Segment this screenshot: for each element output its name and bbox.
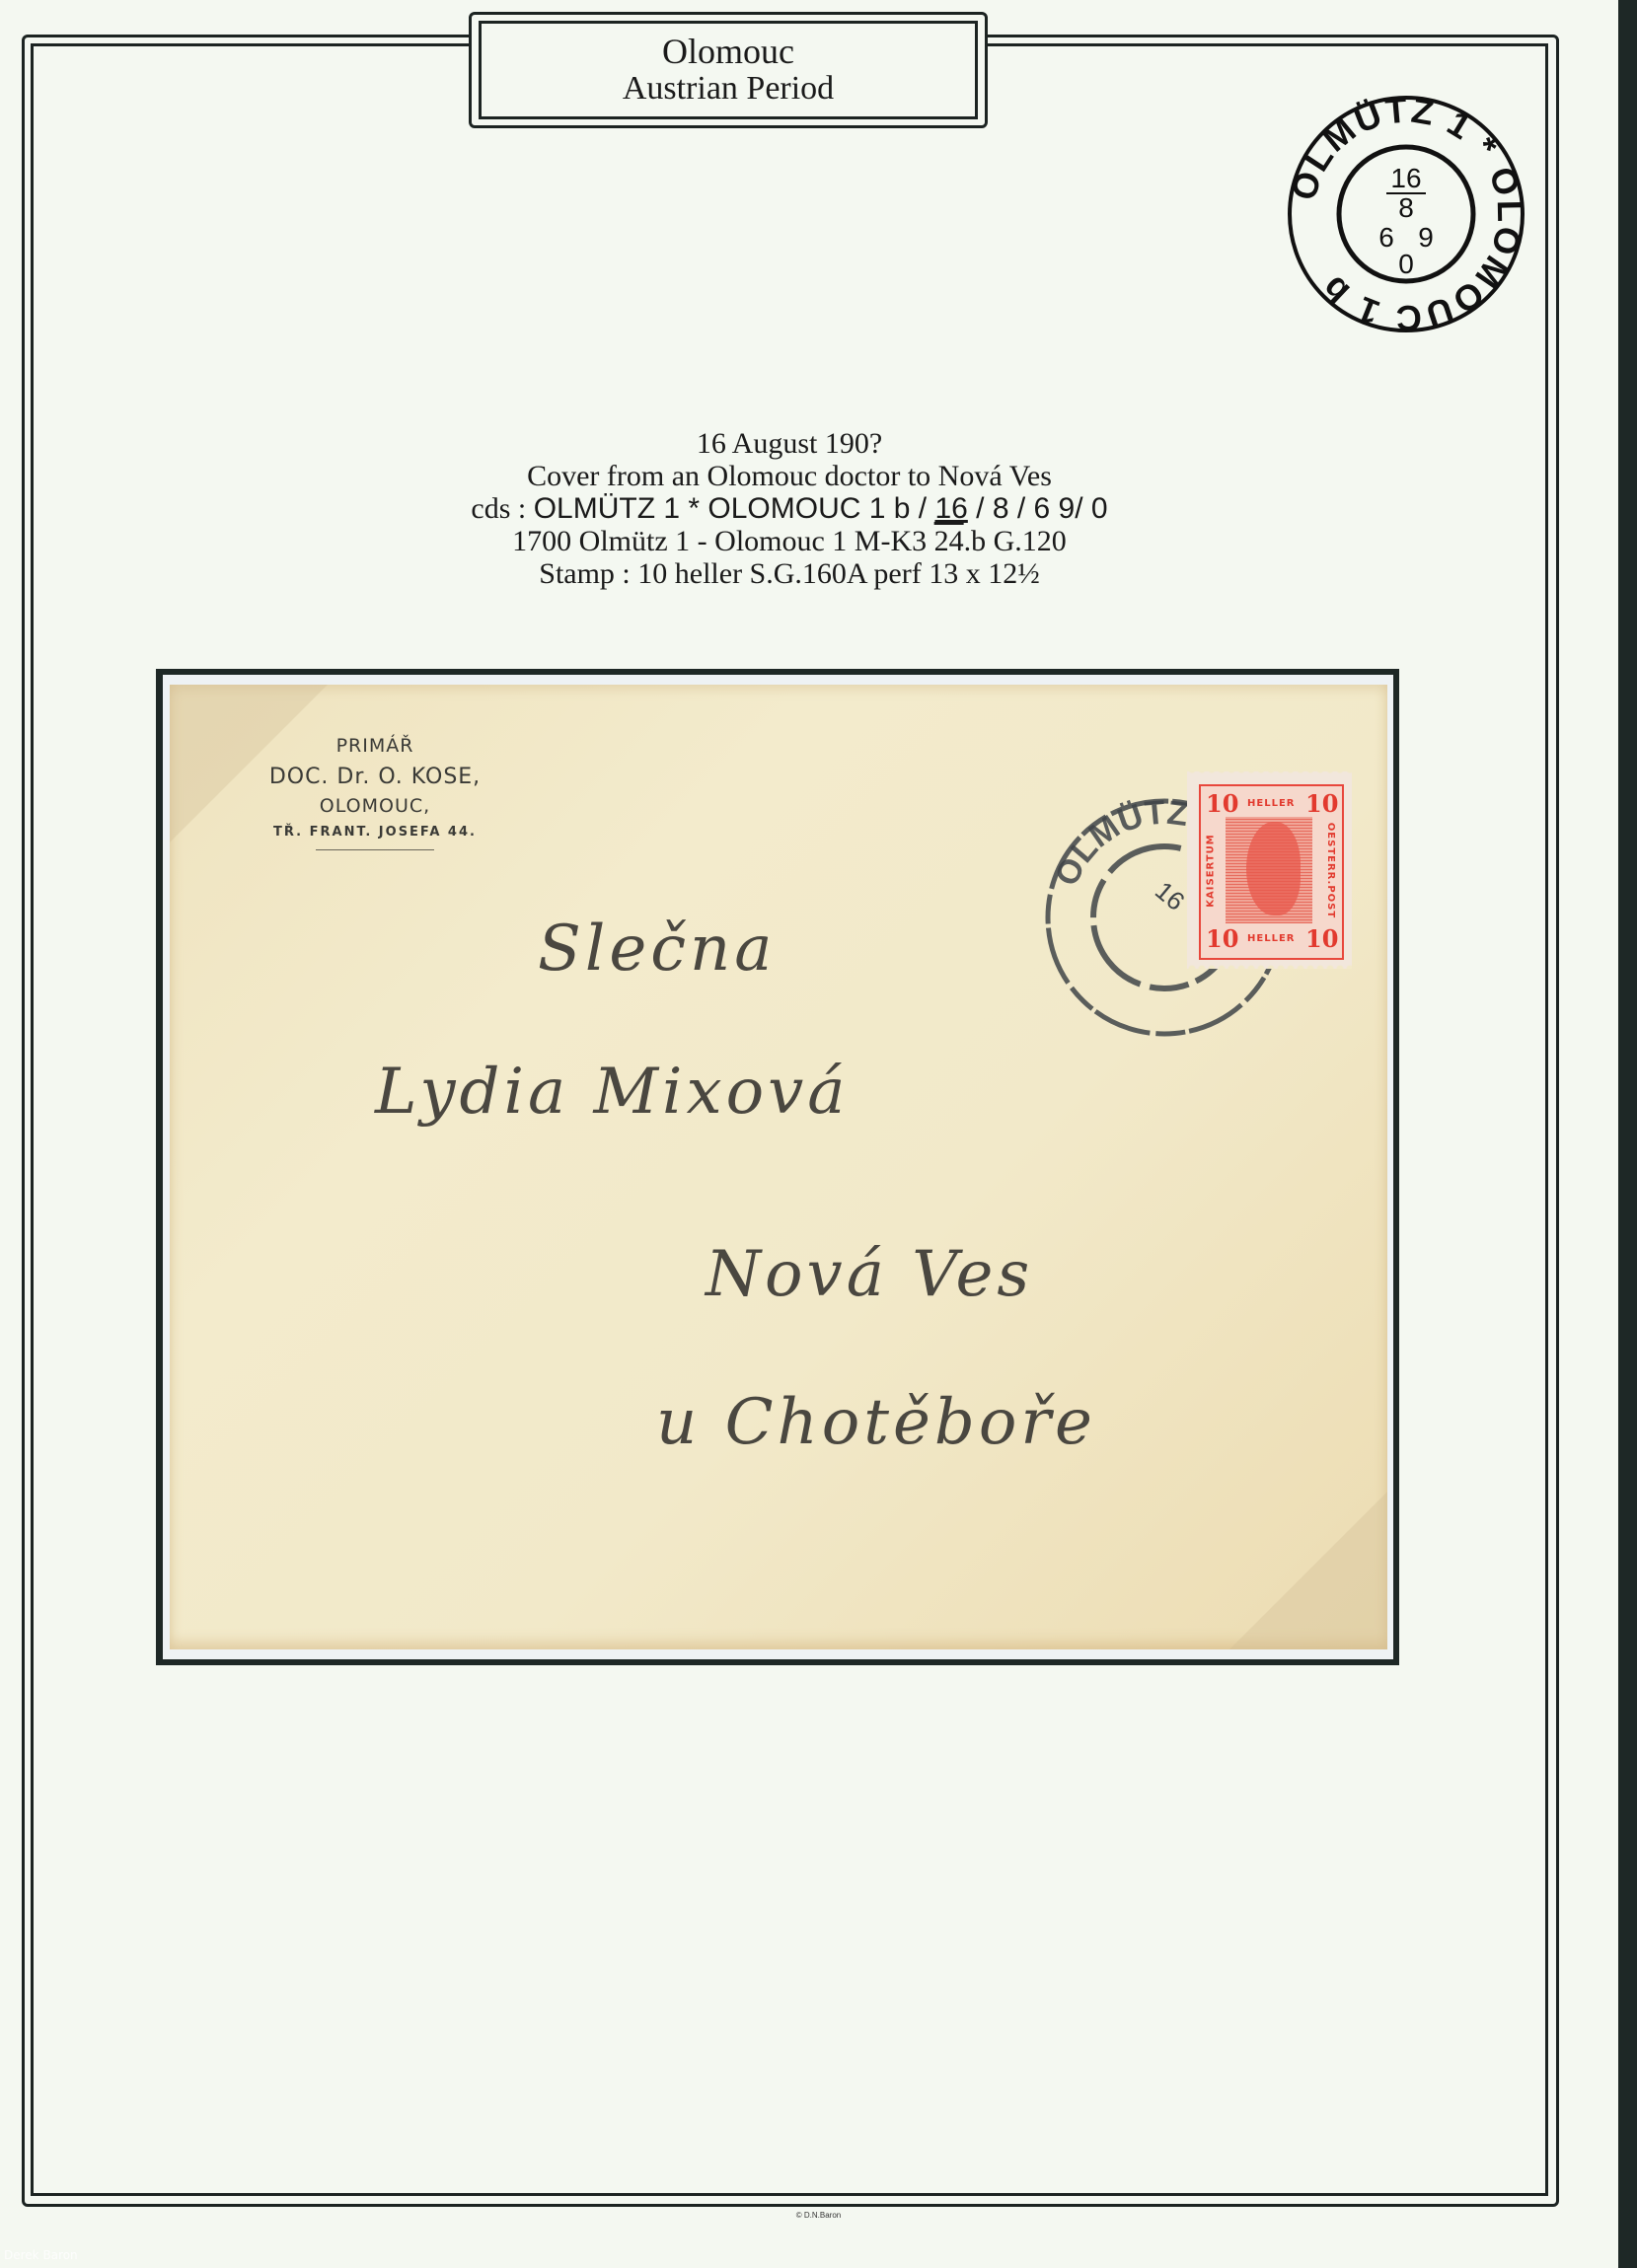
stamp-label-left: KAISERTUM xyxy=(1206,834,1217,907)
address-region: u Chotěboře xyxy=(656,1386,1096,1459)
stamp-label-bottom: HELLER xyxy=(1247,933,1295,944)
sender-title: PRIMÁŘ xyxy=(242,735,508,757)
sender-rule xyxy=(316,849,434,850)
stamp-label-top: HELLER xyxy=(1247,798,1295,809)
stamp-label-right: OESTERR.POST xyxy=(1325,823,1336,918)
watermark: Derek Baron xyxy=(4,2248,78,2262)
catalog-line: 1700 Olmütz 1 - Olomouc 1 M-K3 24.b G.12… xyxy=(296,525,1283,557)
catalog-text-c: .b G.120 xyxy=(964,525,1067,557)
emperor-portrait-icon xyxy=(1246,822,1301,915)
stamp-line: Stamp : 10 heller S.G.160A perf 13 x 12½ xyxy=(296,557,1283,590)
copyright-note: © D.N.Baron xyxy=(0,2211,1637,2220)
date-line: 16 August 190? xyxy=(296,427,1283,460)
sender-imprint: PRIMÁŘ DOC. Dr. O. KOSE, OLOMOUC, TŘ. FR… xyxy=(242,735,508,850)
cds-line: cds : OLMÜTZ 1 * OLOMOUC 1 b / 16 / 8 / … xyxy=(296,492,1283,525)
stamp-value-bl: 10 xyxy=(1206,924,1238,953)
subject-line: Cover from an Olomouc doctor to Nová Ves xyxy=(296,460,1283,492)
catalog-text-a: 1700 Olmütz 1 - Olomouc 1 M-K3 xyxy=(512,525,933,557)
scan-edge xyxy=(1618,0,1637,2268)
sender-street: TŘ. FRANT. JOSEFA 44. xyxy=(242,825,508,840)
page-title: Olomouc xyxy=(662,34,794,71)
cds-text-a: OLMÜTZ 1 * OLOMOUC 1 b / xyxy=(534,492,935,525)
postmark-hour: 9 xyxy=(1418,222,1434,253)
stamp-value-tl: 10 xyxy=(1206,789,1238,818)
catalog-text-b: 24 xyxy=(934,525,964,557)
cover-description: 16 August 190? Cover from an Olomouc doc… xyxy=(296,427,1283,590)
address-town: Nová Ves xyxy=(706,1238,1033,1311)
cds-prefix: cds : xyxy=(471,492,533,525)
postmark-minute: 0 xyxy=(1398,249,1414,279)
address-name: Lydia Mixová xyxy=(375,1056,849,1129)
cds-text-b: / 8 / 6 9/ 0 xyxy=(968,492,1108,525)
postmark-year: 6 xyxy=(1378,222,1394,253)
stamp-value-br: 10 xyxy=(1305,924,1338,953)
sender-name: DOC. Dr. O. KOSE, xyxy=(242,765,508,789)
address-salutation: Slečna xyxy=(538,913,776,986)
postmark-illustration: OLMÜTZ 1 * OLOMOUC 1 b 16 8 6 9 0 xyxy=(1273,94,1539,335)
photo-corner-bottom-right xyxy=(1229,1492,1387,1649)
sender-city: OLOMOUC, xyxy=(242,795,508,817)
postmark-day: 16 xyxy=(1390,163,1421,193)
title-box: Olomouc Austrian Period xyxy=(479,21,978,119)
cds-day: 16 xyxy=(934,492,967,525)
cancel-day: 16 xyxy=(1150,875,1190,916)
page-subtitle: Austrian Period xyxy=(623,71,834,107)
postmark-month: 8 xyxy=(1398,192,1414,223)
stamp-value-tr: 10 xyxy=(1305,789,1338,818)
